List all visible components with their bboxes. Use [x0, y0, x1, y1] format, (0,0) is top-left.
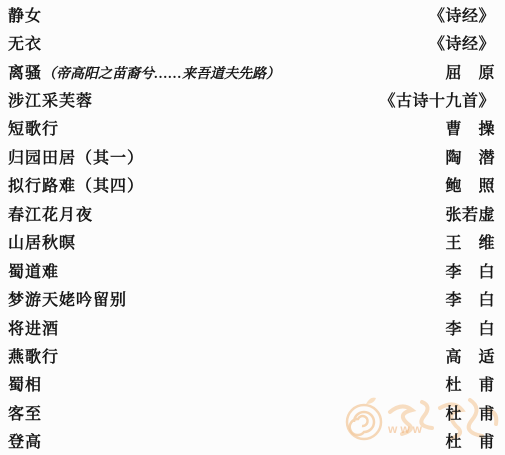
list-item: 静女《诗经》	[0, 0, 505, 28]
poem-title: 无衣	[8, 31, 42, 54]
poem-author: 陶 潜	[445, 145, 495, 168]
poem-author: 曹 操	[445, 116, 495, 139]
list-item: 蜀道难李 白	[0, 256, 505, 284]
poem-author: 杜 甫	[445, 401, 495, 424]
poem-list-page: 静女《诗经》无衣《诗经》离骚（帝高阳之苗裔兮……来吾道夫先路）屈 原涉江采芙蓉《…	[0, 0, 505, 455]
poem-author: 李 白	[445, 287, 495, 310]
list-item: 归园田居（其一）陶 潜	[0, 142, 505, 170]
poem-title-note: （帝高阳之苗裔兮……来吾道夫先路）	[42, 67, 280, 82]
poem-author: 杜 甫	[445, 429, 495, 452]
poem-author: 屈 原	[445, 60, 495, 83]
list-item: 春江花月夜张若虚	[0, 199, 505, 227]
poem-author: 《古诗十九首》	[379, 88, 495, 111]
list-item: 涉江采芙蓉《古诗十九首》	[0, 85, 505, 113]
poem-author: 王 维	[445, 230, 495, 253]
poem-author: 李 白	[445, 259, 495, 282]
list-item: 燕歌行高 适	[0, 341, 505, 369]
poem-author: 张若虚	[445, 202, 495, 225]
list-item: 客至杜 甫	[0, 398, 505, 426]
poem-title: 登高	[8, 429, 42, 452]
poem-title: 静女	[8, 3, 42, 26]
poem-title: 短歌行	[8, 116, 59, 139]
poem-title: 蜀道难	[8, 259, 59, 282]
poem-title: 山居秋暝	[8, 230, 76, 253]
poem-author: 《诗经》	[429, 31, 495, 54]
poem-title: 归园田居（其一）	[8, 145, 144, 168]
poem-title: 涉江采芙蓉	[8, 88, 93, 111]
poem-author: 杜 甫	[445, 372, 495, 395]
poem-author: 高 适	[445, 344, 495, 367]
list-item: 离骚（帝高阳之苗裔兮……来吾道夫先路）屈 原	[0, 57, 505, 85]
poem-title: 拟行路难（其四）	[8, 173, 144, 196]
list-item: 梦游天姥吟留别李 白	[0, 284, 505, 312]
list-item: 蜀相杜 甫	[0, 370, 505, 398]
list-item: 登高杜 甫	[0, 427, 505, 455]
list-item: 拟行路难（其四）鲍 照	[0, 171, 505, 199]
poem-list: 静女《诗经》无衣《诗经》离骚（帝高阳之苗裔兮……来吾道夫先路）屈 原涉江采芙蓉《…	[0, 0, 505, 455]
poem-title: 客至	[8, 401, 42, 424]
poem-author: 《诗经》	[429, 3, 495, 26]
list-item: 将进酒李 白	[0, 313, 505, 341]
list-item: 短歌行曹 操	[0, 114, 505, 142]
poem-author: 李 白	[445, 316, 495, 339]
list-item: 无衣《诗经》	[0, 28, 505, 56]
poem-title: 离骚（帝高阳之苗裔兮……来吾道夫先路）	[8, 60, 280, 83]
poem-title: 春江花月夜	[8, 202, 93, 225]
poem-title: 将进酒	[8, 316, 59, 339]
poem-author: 鲍 照	[445, 173, 495, 196]
poem-title: 梦游天姥吟留别	[8, 287, 127, 310]
list-item: 山居秋暝王 维	[0, 228, 505, 256]
poem-title: 蜀相	[8, 372, 42, 395]
poem-title: 燕歌行	[8, 344, 59, 367]
